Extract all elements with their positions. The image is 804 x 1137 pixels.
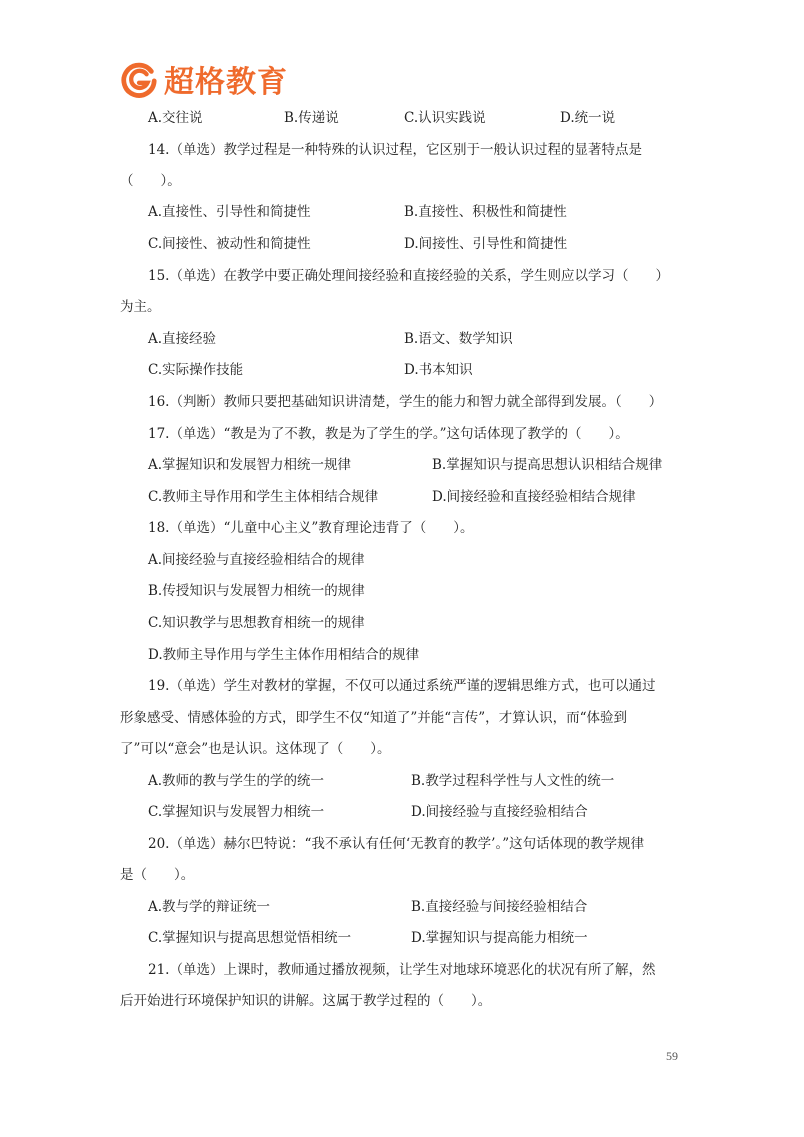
question-text: 16.（判断）教师只要把基础知识讲清楚，学生的能力和智力就全部得到发展。（ ）: [148, 393, 662, 411]
option-b: B.教学过程科学性与人文性的统一: [411, 772, 614, 790]
option-d: D.统一说: [560, 109, 615, 127]
option-b: B.传授知识与发展智力相统一的规律: [148, 582, 365, 600]
option-c: C.掌握知识与发展智力相统一: [148, 803, 324, 821]
question-text: 20.（单选）赫尔巴特说：“我不承认有任何‘无教育的教学’。”这句话体现的教学规…: [148, 835, 644, 853]
option-b: B.直接经验与间接经验相结合: [411, 898, 587, 916]
option-d: D.书本知识: [404, 361, 473, 379]
option-c: C.间接性、被动性和简捷性: [148, 235, 311, 253]
option-a: A.间接经验与直接经验相结合的规律: [148, 551, 365, 569]
question-text: 21.（单选）上课时，教师通过播放视频，让学生对地球环境恶化的状况有所了解，然: [148, 961, 655, 979]
option-c: C.教师主导作用和学生主体相结合规律: [148, 488, 378, 506]
question-text: 17.（单选）“教是为了不教，教是为了学生的学。”这句话体现了教学的（ ）。: [148, 425, 629, 443]
option-c: C.掌握知识与提高思想觉悟相统一: [148, 929, 351, 947]
option-a: A.直接经验: [148, 330, 216, 348]
option-c: C.知识教学与思想教育相统一的规律: [148, 614, 365, 632]
question-text: 18.（单选）“儿童中心主义”教育理论违背了（ ）。: [148, 519, 474, 537]
option-a: A.教师的教与学生的学的统一: [148, 772, 324, 790]
question-text: 是（ ）。: [120, 866, 194, 884]
page-number: 59: [666, 1049, 678, 1064]
option-b: B.语文、数学知识: [404, 330, 513, 348]
option-a: A.教与学的辩证统一: [148, 898, 270, 916]
option-b: B.掌握知识与提高思想认识相结合规律: [432, 456, 662, 474]
question-text: 形象感受、情感体验的方式，即学生不仅“知道了”并能“言传”，才算认识，而“体验到: [120, 709, 627, 727]
question-text: 19.（单选）学生对教材的掌握，不仅可以通过系统严谨的逻辑思维方式，也可以通过: [148, 677, 655, 695]
option-c: C.实际操作技能: [148, 361, 243, 379]
option-d: D.间接经验与直接经验相结合: [411, 803, 588, 821]
question-text: 14.（单选）教学过程是一种特殊的认识过程，它区别于一般认识过程的显著特点是: [148, 141, 642, 159]
question-text: 15.（单选）在教学中要正确处理间接经验和直接经验的关系，学生则应以学习（ ）: [148, 267, 669, 285]
question-text: （ ）。: [120, 172, 181, 190]
question-text: 后开始进行环境保护知识的讲解。这属于教学过程的（ ）。: [120, 992, 491, 1010]
logo-text: 超格教育: [164, 57, 288, 101]
option-b: B.传递说: [284, 109, 339, 127]
option-d: D.教师主导作用与学生主体作用相结合的规律: [148, 646, 419, 664]
option-a: A.掌握知识和发展智力相统一规律: [148, 456, 351, 474]
option-d: D.掌握知识与提高能力相统一: [411, 929, 588, 947]
logo-g-icon: [120, 60, 158, 98]
brand-logo: 超格教育: [120, 58, 288, 100]
option-d: D.间接性、引导性和简捷性: [404, 235, 567, 253]
question-text: 为主。: [120, 298, 161, 316]
option-a: A.交往说: [148, 109, 203, 127]
option-b: B.直接性、积极性和简捷性: [404, 203, 567, 221]
option-a: A.直接性、引导性和简捷性: [148, 203, 311, 221]
question-text: 了”可以“意会”也是认识。这体现了（ ）。: [120, 740, 390, 758]
option-d: D.间接经验和直接经验相结合规律: [432, 488, 636, 506]
option-c: C.认识实践说: [404, 109, 486, 127]
